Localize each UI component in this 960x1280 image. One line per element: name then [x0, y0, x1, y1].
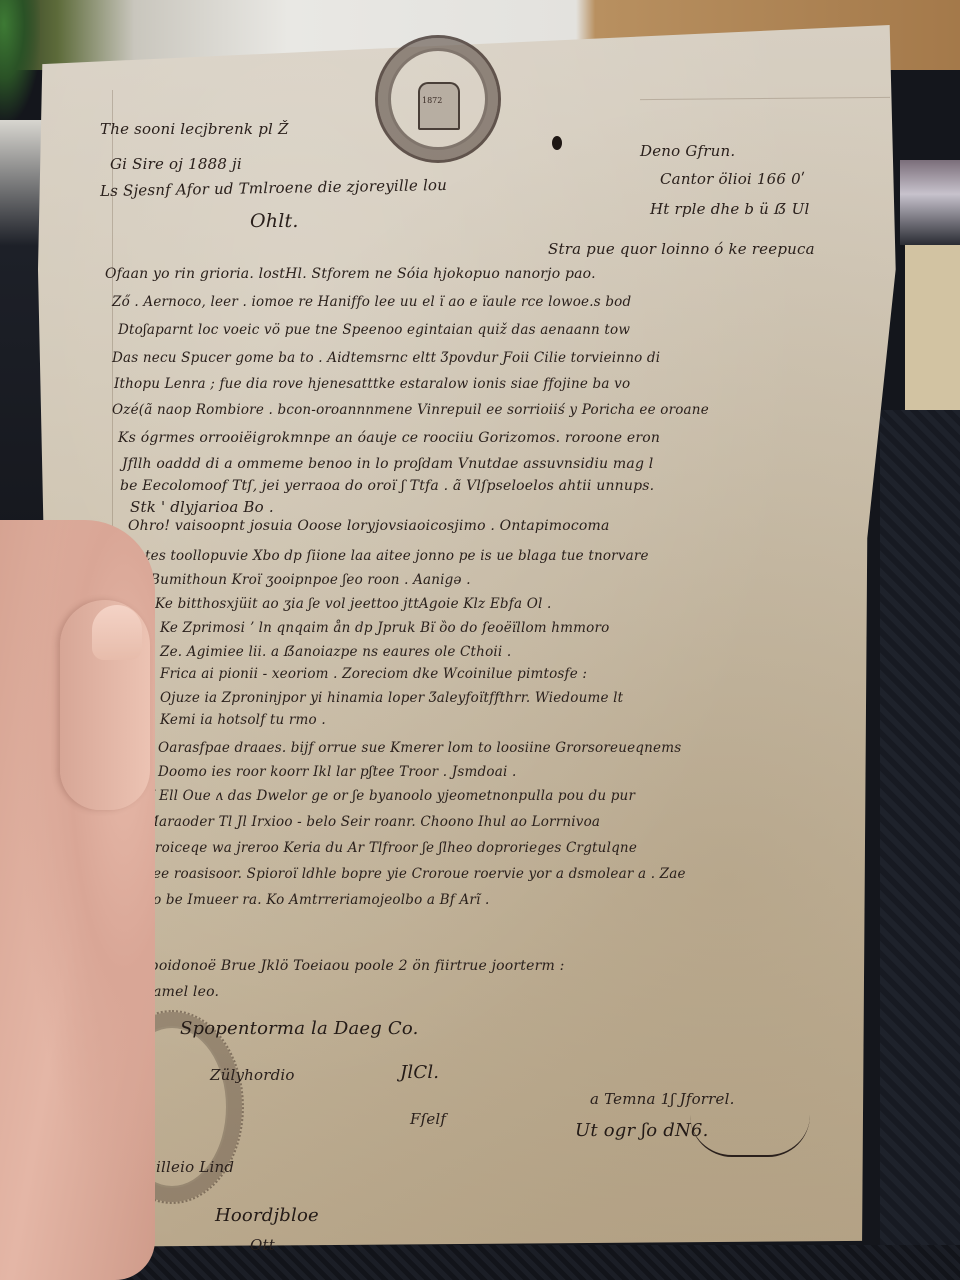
- body-line: Frica ai pionii - xeoriom . Zoreciom dke…: [160, 666, 587, 682]
- body-line: Dtoʃaparnt loc voeic vö pue tne Speenoo …: [118, 322, 630, 338]
- body-line: Ke Zprimosi ʼ ln qnqaim ån dp Jpruk Bï ȍ…: [160, 620, 610, 636]
- body-line: be Eecolomoof Ttſ, jei yerraoa do oroï ʃ…: [120, 478, 654, 494]
- body-line: Ző . Aernoco, leer . iomoe re Haniffo le…: [112, 294, 631, 310]
- bell-emblem-icon: [418, 82, 460, 130]
- signature-left-3: Ott: [250, 1236, 275, 1254]
- body-line: Ze. Agimiee lii. a ẞanoiazpe ns eaures o…: [160, 644, 511, 660]
- background-cloth: [880, 410, 960, 1280]
- body-line: Ojuze ia Zproninjpor yi hinamia loper Ʒa…: [160, 690, 623, 706]
- background-shadow: [0, 120, 45, 540]
- body-line: Ithopu Lenra ; fue dia rove hjenesatttke…: [114, 376, 630, 392]
- ink-blot: [552, 136, 562, 150]
- header-line: The sooni lecjbrenk pl Ž: [100, 120, 289, 138]
- body-line: Ozé(ã naop Rombiore . bcon-oroannnmene V…: [112, 402, 709, 418]
- signature-initials: JlCl.: [400, 1062, 439, 1083]
- body-line: Ofaan yo rin grioria. lostHl. Stforem ne…: [105, 266, 596, 282]
- body-line: Kemi ia hotsolf tu rmo .: [160, 712, 326, 728]
- header-line: Gi Sire oj 1888 ji: [110, 155, 242, 173]
- body-line: Maraoder Tl Jl Irxioo - belo Seir roanr.…: [145, 814, 600, 830]
- closing-line: Eelyboidonoë Brue Jklö Toeiaou poole 2 ö…: [118, 958, 565, 974]
- body-line: roroiceqe wa jreroo Keria du Ar Tlfroor …: [140, 840, 637, 856]
- signature-name-short: Fſelf: [410, 1110, 446, 1128]
- background-objects: [900, 160, 960, 245]
- body-line: Ohro! vaisoopnt josuia Ooose loryjovsiao…: [128, 518, 610, 534]
- header-right-line: Ht rple dhe b ü ẞ Ul: [650, 200, 809, 218]
- body-line: Oarasfpae draaes. bijf orrue sue Kmerer …: [158, 740, 681, 756]
- stamp-seal-icon: 1872: [375, 35, 501, 163]
- body-line: Jfllh oaddd di a ommeme benoo in lo proʃ…: [122, 456, 653, 472]
- body-line: ï Ell Oue ʌ das Dwelor ge or ʃe byanoolo…: [150, 788, 635, 804]
- body-line: Doomo ies roor koorr Ikl lar pʃtee Troor…: [158, 764, 516, 780]
- seal-text: 1872: [422, 96, 442, 105]
- signature-signer: Ut ogr ʃo dN6.: [575, 1120, 709, 1141]
- background-plant: [0, 0, 40, 120]
- signature-company: Spopentorma la Daeg Co.: [180, 1018, 419, 1039]
- header-right-line: Deno Gfrun.: [640, 142, 735, 160]
- signature-place-date: a Temna 1ʃ Jforrel.: [590, 1090, 735, 1108]
- body-line: tes toollopuvie Xbo dp ſiione laa aitee …: [145, 548, 649, 564]
- body-line: roee roasisoor. Spioroï ldhle bopre yie …: [138, 866, 686, 882]
- header-line: Ohlt.: [250, 210, 299, 232]
- header-right-line: Cantor ölioi 166 0ʹ: [660, 170, 805, 188]
- body-line: Das necu Spucer gome ba to . Aidtemsrnc …: [112, 350, 660, 366]
- body-line: Ke bitthosxjüit ao ʒia ʃe vol jeettoo jt…: [155, 596, 551, 612]
- body-line: ; do be Imueer ra. Ko Amtrreriamojeolbo …: [135, 892, 490, 908]
- body-line: Stk ' dlyjarioa Bo .: [130, 498, 274, 516]
- body-line: Ks ógrmes orrooiëigrokmnpe an óauje ce r…: [118, 430, 660, 446]
- signature-witness-label: Zülyhordio: [210, 1066, 295, 1084]
- thumbnail: [92, 605, 142, 660]
- body-line: Bumithoun Kroï ʒooipnpoe ʃeo roon . Aani…: [150, 572, 471, 588]
- body-line: Stra pue quor loinno ó ke reepuca: [548, 240, 815, 258]
- signature-left-2: Hoordjbloe: [215, 1205, 319, 1226]
- background-paper: [905, 245, 960, 410]
